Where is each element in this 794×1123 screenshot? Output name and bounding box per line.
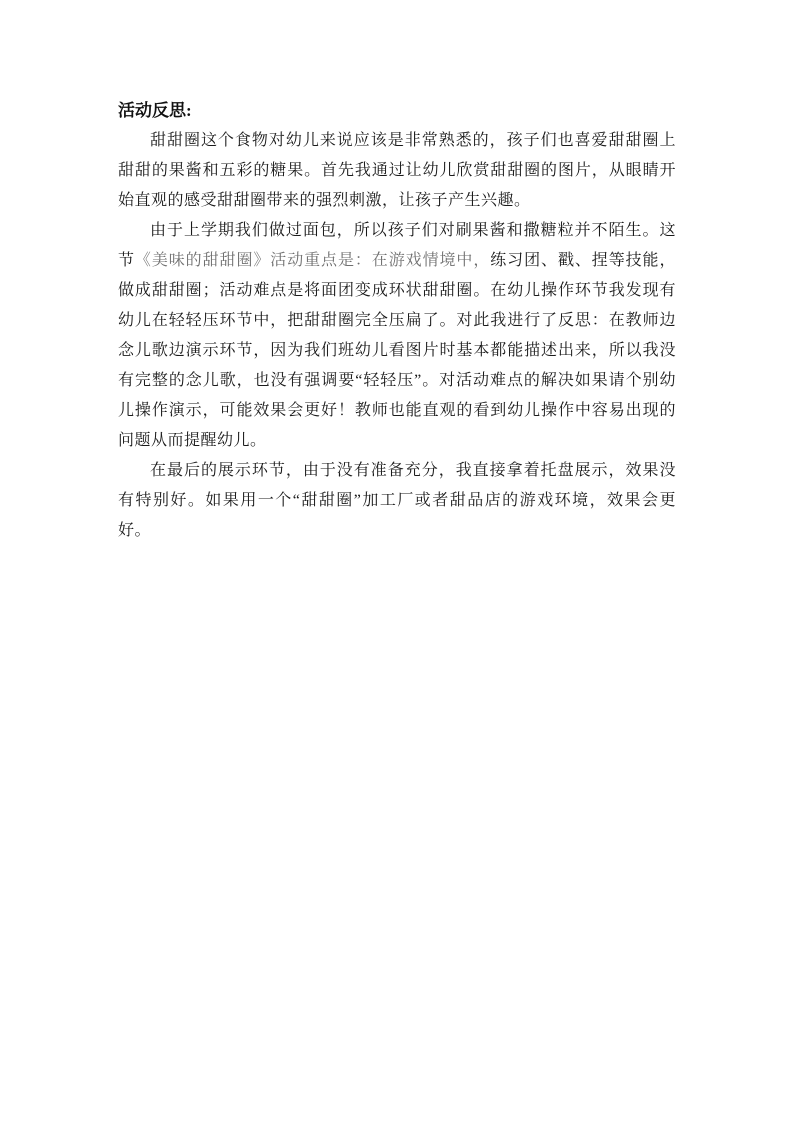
text-segment: 在最后的展示环节，由于没有准备充分，我直接拿着托盘展示，效果没有特别好。如果用一… xyxy=(118,462,676,539)
document-content: 活动反思: 甜甜圈这个食物对幼儿来说应该是非常熟悉的，孩子们也喜爱甜甜圈上甜甜的… xyxy=(0,0,794,546)
paragraph: 在最后的展示环节，由于没有准备充分，我直接拿着托盘展示，效果没有特别好。如果用一… xyxy=(118,456,676,546)
paragraph: 甜甜圈这个食物对幼儿来说应该是非常熟悉的，孩子们也喜爱甜甜圈上甜甜的果酱和五彩的… xyxy=(118,126,676,216)
document-title: 活动反思: xyxy=(118,96,676,126)
document-body: 甜甜圈这个食物对幼儿来说应该是非常熟悉的，孩子们也喜爱甜甜圈上甜甜的果酱和五彩的… xyxy=(118,126,676,546)
text-segment: 练习团、戳、捏等技能，做成甜甜圈；活动难点是将面团变成环状甜甜圈。在幼儿操作环节… xyxy=(118,252,676,449)
document-page: 活动反思: 甜甜圈这个食物对幼儿来说应该是非常熟悉的，孩子们也喜爱甜甜圈上甜甜的… xyxy=(0,0,794,1123)
text-segment: 《美味的甜甜圈》活动重点是：在游戏情境中， xyxy=(135,252,490,269)
paragraph: 由于上学期我们做过面包，所以孩子们对刷果酱和撒糖粒并不陌生。这节《美味的甜甜圈》… xyxy=(118,216,676,456)
text-segment: 甜甜圈这个食物对幼儿来说应该是非常熟悉的，孩子们也喜爱甜甜圈上甜甜的果酱和五彩的… xyxy=(118,132,676,209)
